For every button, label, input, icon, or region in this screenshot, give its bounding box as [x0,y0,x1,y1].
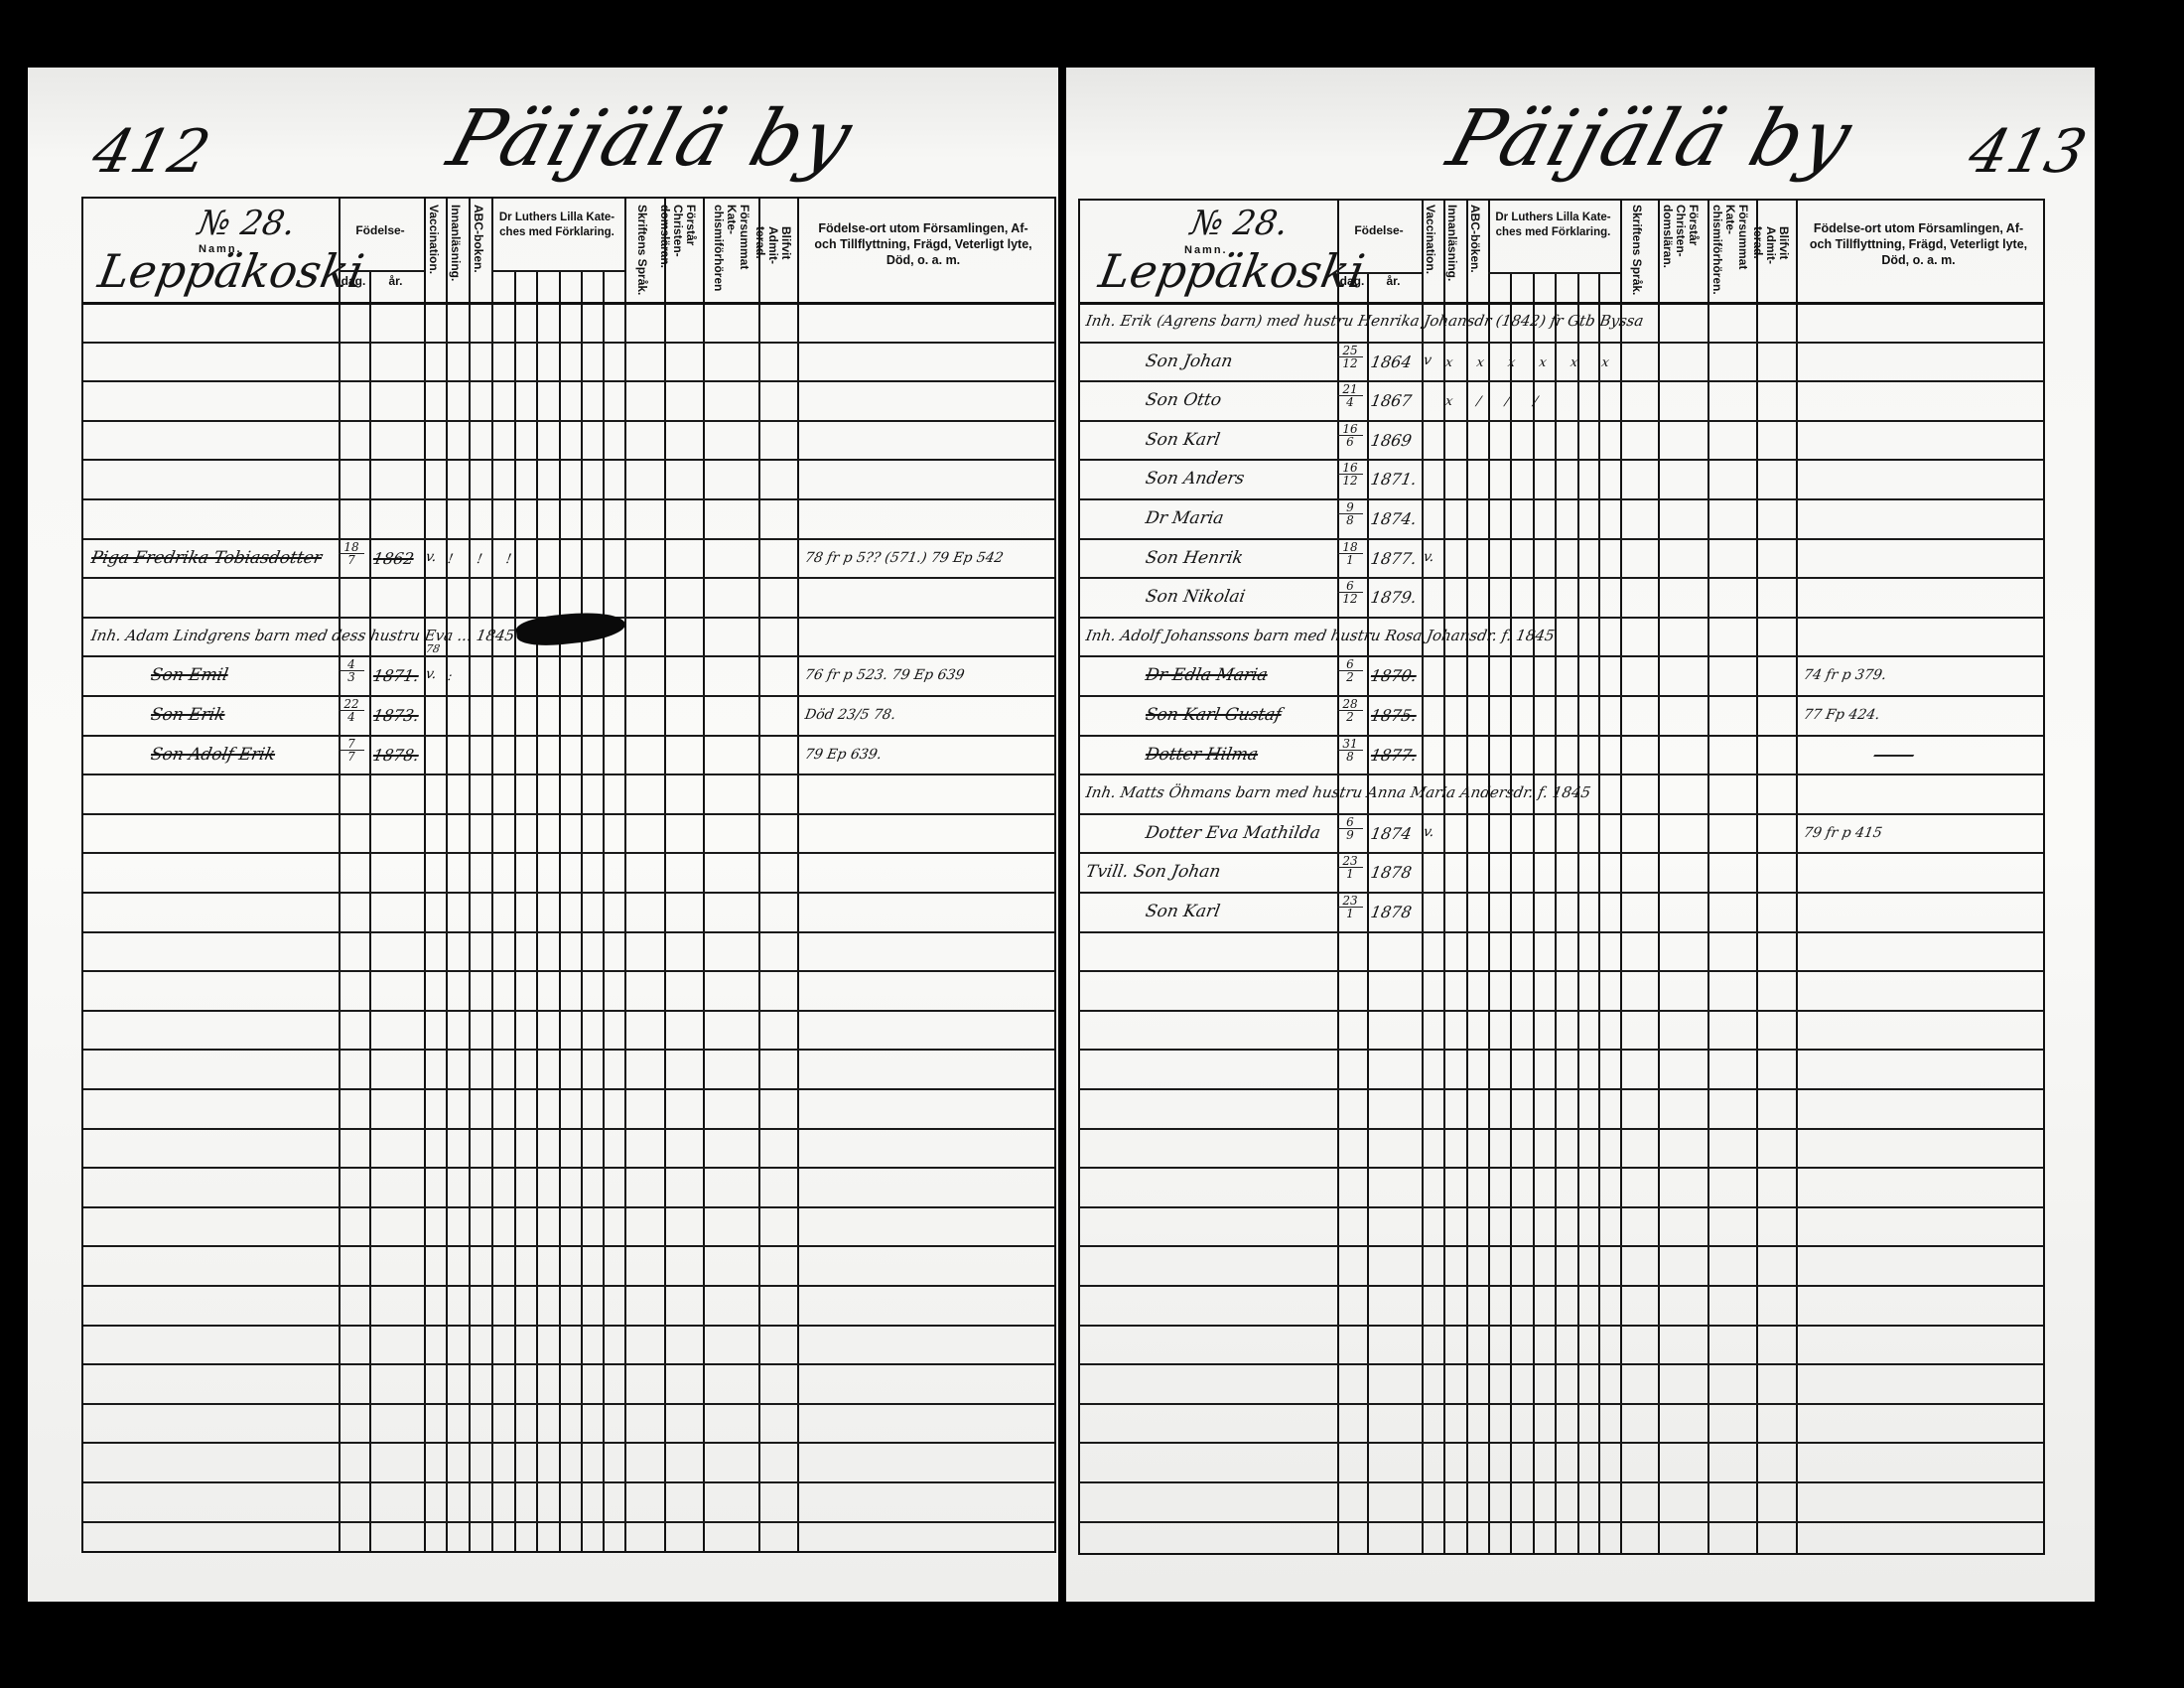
birth-year: 1879. [1369,588,1418,607]
blifvit-header: Blifvit Admit-terad. [1760,226,1790,296]
dag-header: dag. [339,274,368,289]
birth-year: 1869 [1369,431,1413,450]
birth-day-month: 214 [1337,383,1363,408]
entry-name: Son Anders [1144,469,1246,489]
entry-name: Dr Maria [1144,508,1225,528]
entry-name: Inh. Adolf Johanssons barn med hustru Ro… [1084,627,1556,644]
birth-month: 9 [1337,829,1363,841]
subheader-divider [491,270,624,272]
fodelse-header: Födelse- [1337,223,1421,238]
birth-year: 1878 [1369,863,1413,882]
row-rule [1080,1206,2043,1208]
entry-name: Dotter Hilma [1144,745,1260,765]
header-divider [1080,302,2043,305]
luther-header: Dr Luthers Lilla Kate-ches med Förklarin… [491,211,622,240]
innanlasning-header: Innanläsning. [1445,205,1458,281]
row-rule [1080,892,2043,894]
row-rule [1080,1010,2043,1012]
row-rule [83,813,1054,815]
birth-year: 1867 [1369,391,1413,410]
birth-day-month: 318 [1337,738,1363,763]
birth-month: 2 [1337,711,1363,723]
notes-entry: 79 fr p 415 [1803,825,1884,841]
birth-month: 8 [1337,751,1363,763]
row-rule [83,1206,1054,1208]
right-farm-name: Leppäkoski [1095,244,1368,298]
row-rule [1080,498,2043,500]
column-divider [603,270,605,1551]
row-rule [83,1481,1054,1483]
row-rule [83,1363,1054,1365]
column-divider [1658,201,1660,1553]
birth-month: 1 [1337,868,1363,880]
header-divider [83,302,1054,305]
row-rule [83,735,1054,737]
row-rule [83,892,1054,894]
row-rule [83,1088,1054,1090]
notes-entry: 79 Ep 639. [804,747,884,763]
entry-name: Son Karl Gustaf [1144,705,1283,725]
fodelse-header: Födelse- [339,223,422,238]
row-rule [83,459,1054,461]
birth-day-month: 69 [1337,816,1363,841]
birth-year: 1864 [1369,352,1413,371]
birth-year: 1877. [1369,549,1418,568]
column-divider [703,199,705,1551]
column-divider [491,199,493,1551]
skriftens-header: Skriftens Språk. [635,205,648,295]
column-divider [514,270,516,1551]
entry-name: Son Otto [1144,390,1223,410]
abc-header: ABC-boken. [472,205,484,273]
row-rule [83,655,1054,657]
birth-day-month: 166 [1337,423,1363,448]
row-rule [1080,1481,2043,1483]
column-divider [446,199,448,1551]
column-divider [1367,272,1369,1553]
vaccination-header: Vaccination. [1424,205,1436,274]
birth-month: 1 [1337,554,1363,566]
catechism-marks: x x x x x x [1444,355,1620,370]
row-rule [83,1521,1054,1523]
subheader-divider [1488,272,1620,274]
catechism-marks: : [447,669,464,684]
luther-header: Dr Luthers Lilla Kate-ches med Förklarin… [1488,211,1618,240]
column-divider [1510,272,1512,1553]
column-divider [581,270,583,1551]
catechism-marks: ! ! ! [447,552,523,567]
book-spine [1058,68,1066,1602]
row-rule [1080,813,2043,815]
row-rule [1080,1049,2043,1051]
row-rule [83,498,1054,500]
column-divider [1555,272,1557,1553]
column-divider [339,199,341,1551]
birth-day-month: 187 [339,541,364,566]
birth-day-month: 181 [1337,541,1363,566]
notes-entry: 78 fr p 5?? (571.) 79 Ep 542 [804,550,1005,566]
column-divider [469,199,471,1551]
row-rule [83,852,1054,854]
birth-year: 1874. [1369,509,1418,528]
right-page-number: 413 [1962,117,2093,187]
row-rule [1080,1325,2043,1327]
forstar-header: Förstår Christen-domsläran. [1664,205,1700,299]
entry-name: Son Nikolai [1144,587,1247,607]
birth-day-month: 2512 [1337,345,1363,369]
ar-header: år. [1367,274,1420,289]
row-rule [83,1245,1054,1247]
birth-year: 1871. [371,666,420,685]
forsummat-header: Försummat Kate-chismiförhören. [1711,205,1749,299]
birth-month: 12 [1337,357,1363,369]
row-rule [1080,1521,2043,1523]
entry-name: Son Karl [1144,902,1221,921]
birth-day-month: 1612 [1337,462,1363,487]
entry-name: Tvill. Son Johan [1084,862,1222,882]
birth-month: 7 [339,554,364,566]
left-household-number: № 28. [195,204,298,243]
birth-month: 12 [1337,475,1363,487]
birth-year: 1862 [371,549,415,568]
row-rule [83,380,1054,382]
entry-name: Inh. Matts Öhmans barn med hustru Anna M… [1084,783,1591,801]
row-rule [1080,1285,2043,1287]
birth-day: 18 [339,541,364,554]
row-rule [1080,459,2043,461]
entry-name: Son Johan [1144,352,1234,371]
dag-header: dag. [1337,274,1367,289]
birth-month: 4 [1337,396,1363,408]
birth-year: 1878. [371,746,420,765]
notes-entry: Död 23/5 78. [804,707,897,723]
row-rule [83,1403,1054,1405]
row-rule [1080,1363,2043,1365]
birth-month: 12 [1337,593,1363,605]
row-rule [1080,1442,2043,1444]
column-divider [664,199,666,1551]
row-rule [1080,695,2043,697]
skriftens-header: Skriftens Språk. [1630,205,1643,295]
column-divider [1533,272,1535,1553]
column-divider [1620,201,1622,1553]
birth-day: 16 [1337,423,1363,436]
birth-year: 1878 [1369,903,1413,921]
row-rule [83,774,1054,775]
birth-day: 6 [1337,816,1363,829]
notes-header: Födelse-ort utom Församlingen, Af- och T… [814,220,1032,268]
vaccination-header: Vaccination. [427,205,440,274]
birth-day-month: 43 [339,658,364,683]
column-divider [1577,272,1579,1553]
row-rule [83,1285,1054,1287]
birth-year: 1874 [1369,824,1413,843]
entry-name: Piga Fredrika Tobiasdotter [89,548,323,568]
column-divider [1707,201,1709,1553]
column-divider [1796,201,1798,1553]
row-rule [1080,380,2043,382]
right-village-title: Päijälä by [1438,94,1862,184]
column-divider [624,199,626,1551]
notes-entry: 77 Fp 424. [1803,707,1881,723]
row-rule [83,1128,1054,1130]
column-divider [758,199,760,1551]
entry-name: Son Karl [1144,430,1221,450]
entry-name: Son Henrik [1144,548,1244,568]
column-divider [1756,201,1758,1553]
row-rule [1080,342,2043,344]
left-register-table [81,197,1056,1553]
notes-header: Födelse-ort utom Församlingen, Af- och T… [1807,220,2030,268]
entry-name: Dr Edla Maria [1144,665,1269,685]
column-divider [424,199,426,1551]
left-page-number: 412 [85,117,216,187]
row-rule [83,695,1054,697]
entry-name: Son Erik [149,705,226,725]
row-rule [83,538,1054,540]
birth-month: 3 [339,671,364,683]
birth-year: 1877. [1369,746,1418,765]
row-rule [83,420,1054,422]
birth-day: 31 [1337,738,1363,751]
forstar-header: Förstår Christen-domsläran. [667,205,697,299]
row-rule [1080,617,2043,619]
row-rule [1080,577,2043,579]
birth-year: 1870. [1369,666,1418,685]
row-rule [1080,774,2043,775]
column-divider [369,270,371,1551]
row-rule [1080,538,2043,540]
birth-month: 2 [1337,671,1363,683]
innanlasning-header: Innanläsning. [449,205,462,281]
row-rule [83,1049,1054,1051]
notes-entry: 76 fr p 523. 79 Ep 639 [804,667,966,683]
row-rule [1080,655,2043,657]
row-rule [1080,1167,2043,1169]
right-register-table [1078,199,2045,1555]
column-divider [1598,272,1600,1553]
notes-entry: 74 fr p 379. [1803,667,1888,683]
entry-name: Inh. Erik (Agrens barn) med hustru Henri… [1084,312,1645,330]
forsummat-header: Försummat Kate-chismiförhören [707,205,751,299]
row-rule [1080,1128,2043,1130]
row-rule [83,1167,1054,1169]
row-rule [1080,1088,2043,1090]
birth-day-month: 77 [339,738,364,763]
birth-day: 18 [1337,541,1363,554]
left-farm-name: Leppäkoski [94,244,367,298]
birth-year: 1875. [1369,706,1418,725]
blifvit-header: Blifvit Admit-terad. [762,226,792,296]
row-rule [83,577,1054,579]
column-divider [797,199,799,1551]
birth-day-month: 282 [1337,698,1363,723]
birth-day-month: 98 [1337,501,1363,526]
column-divider [536,270,538,1551]
entry-name: Son Emil [149,665,229,685]
birth-month: 4 [339,711,364,723]
birth-day-month: 231 [1337,895,1363,919]
birth-day: 25 [1337,345,1363,357]
birth-month: 8 [1337,514,1363,526]
row-rule [83,342,1054,344]
row-rule [83,970,1054,972]
row-rule [1080,852,2043,854]
birth-day-month: 224 [339,698,364,723]
abc-header: ABC-böken. [1468,205,1481,273]
row-rule [83,1010,1054,1012]
birth-month: 6 [1337,436,1363,448]
birth-year: 1873. [371,706,420,725]
birth-day: 7 [339,738,364,751]
row-rule [1080,970,2043,972]
row-rule [83,931,1054,933]
entry-name: Son Adolf Erik [149,745,277,765]
extra-mark: 78 [425,642,441,655]
column-divider [559,270,561,1551]
ar-header: år. [369,274,422,289]
birth-year: 1871. [1369,470,1418,489]
entry-name: Inh. Adam Lindgrens barn med dess hustru… [89,627,515,644]
row-rule [83,1325,1054,1327]
birth-month: 1 [1337,908,1363,919]
column-divider [1422,201,1424,1553]
left-village-title: Päijälä by [439,94,863,184]
row-rule [1080,1245,2043,1247]
row-rule [1080,931,2043,933]
right-household-number: № 28. [1187,204,1291,243]
birth-day-month: 612 [1337,580,1363,605]
birth-day-month: 231 [1337,855,1363,880]
row-rule [1080,420,2043,422]
row-rule [1080,1403,2043,1405]
row-rule [83,1442,1054,1444]
entry-name: Dotter Eva Mathilda [1144,823,1321,843]
birth-day-month: 62 [1337,658,1363,683]
birth-month: 7 [339,751,364,763]
catechism-marks: x / / / [1444,394,1550,409]
